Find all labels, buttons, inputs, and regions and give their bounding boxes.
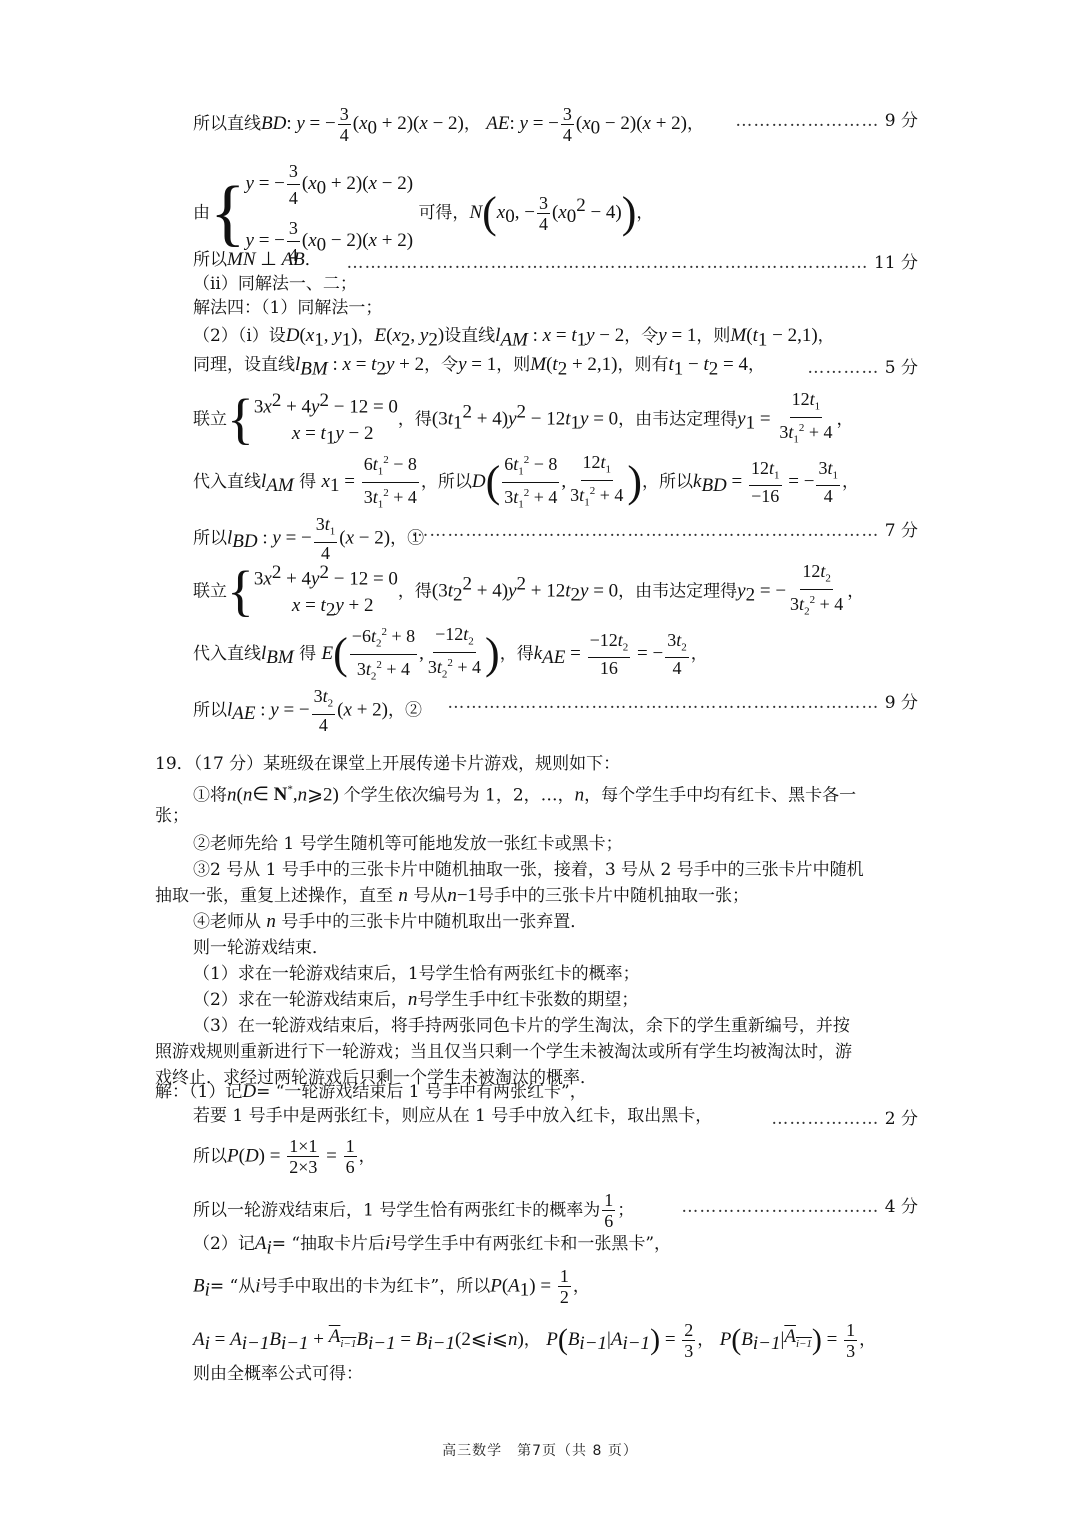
q19-rule-3: ③2 号从 1 号手中的三张卡片中随机抽取一张，接着，3 号从 2 号手中的三张… [193, 858, 864, 882]
page-footer: 高三数学 第7页（共 8 页） [0, 1440, 1080, 1460]
q19-rule-3-cont: 抽取一张，重复上述操作，直至 n 号从n−1号手中的三张卡片中随机抽取一张； [155, 884, 749, 908]
line-l-bd: 所以lBD : y = −3t14(x − 2)，① [193, 514, 424, 563]
line-similarly-bm: 同理，设直线lBM : x = t2y + 2，令y = 1，则M(t2 + 2… [193, 353, 765, 381]
line-method-four: 解法四：（1）同解法一； [193, 296, 382, 320]
sol19-pd: 所以P(D) = 1×12×3 = 16， [193, 1136, 376, 1177]
sol19-recurrence: Ai = Ai−1Bi−1 + Ai−1Bi−1 = Bi−1(2⩽i⩽n)， … [193, 1318, 876, 1362]
sol19-define-ai: （2）记Ai= “抽取卡片后i号学生手中有两张红卡和一张黑卡”， [193, 1232, 671, 1260]
sol19-define-bi: Bi= “从i号手中取出的卡为红卡”，所以P(A1) = 12， [193, 1266, 590, 1307]
sol19-reasoning: 若要 1 号手中是两张红卡，则应从在 1 号手中放入红卡，取出黑卡， [193, 1104, 712, 1128]
line-substitute-am: 代入直线lAM 得 x1 = 6t12 − 83t12 + 4，所以D(6t12… [193, 450, 859, 514]
line-l-ae: 所以lAE : y = −3t24(x + 2)，② [193, 686, 422, 735]
q19-round-end: 则一轮游戏结束． [193, 936, 329, 960]
q19-part-1: （1）求在一轮游戏结束后，1号学生恰有两张红卡的概率； [193, 962, 640, 986]
line-system-1: 联立{3x2 + 4y2 − 12 = 0x = t1y − 2，得(3t12 … [193, 388, 854, 451]
score-9-a: …………………… 9 分 [735, 106, 918, 131]
line-mn-perp-ab: 所以MN ⊥ AB． [193, 248, 322, 272]
score-9-b: ……………………………………………………………… 9 分 [447, 688, 918, 713]
score-11: …………………………………………………………………………… 11 分 [347, 248, 918, 273]
q19-part-3-cont1: 照游戏规则重新进行下一轮游戏；当且仅当只剩一个学生未被淘汰或所有学生均被淘汰时，… [155, 1040, 852, 1064]
q19-part-2: （2）求在一轮游戏结束后，n号学生手中红卡张数的期望； [193, 988, 638, 1012]
line-bd-ae: 所以直线BD: y = −34(x0 + 2)(x − 2)， AE: y = … [193, 104, 704, 145]
q19-rule-2: ②老师先给 1 号学生随机等可能地发放一张红卡或黑卡； [193, 832, 623, 856]
q19-part-3: （3）在一轮游戏结束后，将手持两张同色卡片的学生淘汰，余下的学生重新编号，并按 [193, 1014, 850, 1038]
sol19-define-d: 解：（1）记D= “一轮游戏结束后 1 号手中有两张红卡”， [155, 1080, 587, 1104]
line-set-d-e: （2）（i）设D(x1, y1)，E(x2, y2)设直线lAM : x = t… [193, 324, 835, 352]
score-2: ……………… 2 分 [771, 1104, 918, 1129]
q19-rule-4: ④老师从 n 号手中的三张卡片中随机取出一张弃置． [193, 910, 587, 934]
sol19-total-prob: 则由全概率公式可得： [193, 1362, 363, 1386]
q19-rule-1-cont: 张； [155, 804, 189, 828]
score-4: …………………………… 4 分 [681, 1192, 918, 1217]
score-7: …………………………………………………………………… 7 分 [411, 516, 918, 541]
score-5: ………… 5 分 [807, 353, 918, 378]
q19-rule-1: ①将n(n∈ N*,n⩾2) 个学生依次编号为 1，2，…，n，每个学生手中均有… [193, 778, 856, 807]
line-substitute-bm: 代入直线lBM 得 E(−6t22 + 83t22 + 4,−12t23t22 … [193, 622, 708, 686]
line-system-2: 联立{3x2 + 4y2 − 12 = 0x = t2y + 2，得(3t22 … [193, 560, 864, 623]
q19-header: 19．（17 分）某班级在课堂上开展传递卡片游戏，规则如下： [155, 752, 620, 776]
sol19-conclusion-1: 所以一轮游戏结束后，1 号学生恰有两张红卡的概率为16； [193, 1190, 634, 1231]
line-ii-same: （ii）同解法一、二； [193, 272, 357, 296]
